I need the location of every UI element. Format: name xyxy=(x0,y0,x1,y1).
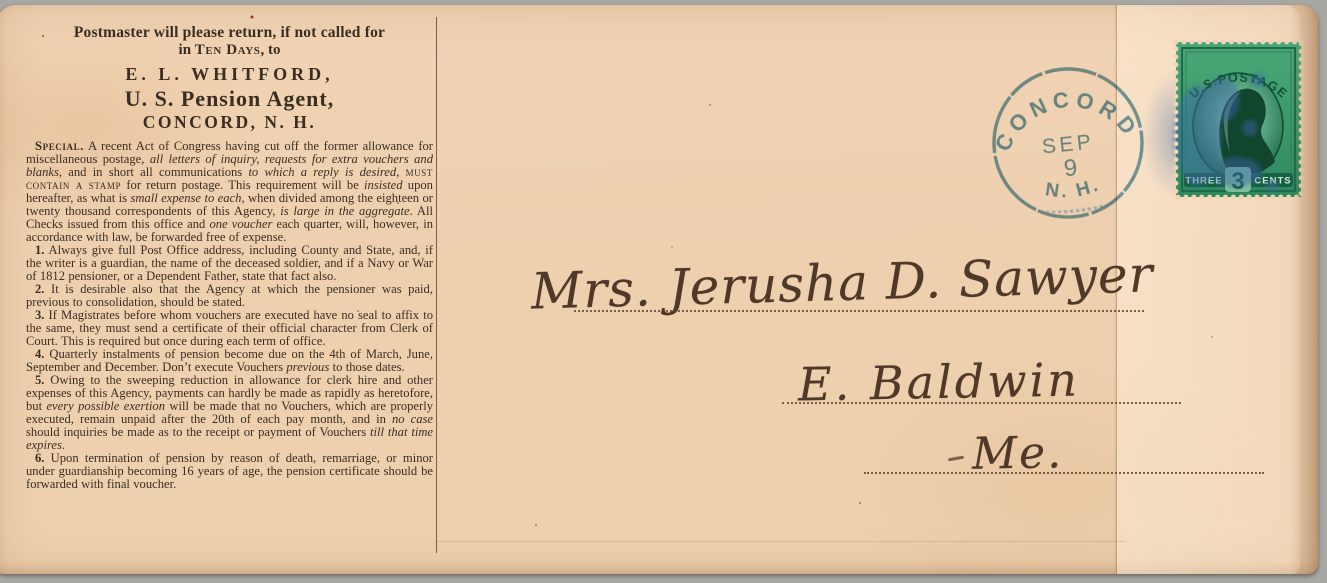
pension-agent-name: E. L. WHITFORD, xyxy=(26,64,433,85)
instruction-item-6: 6. Upon termination of pension by reason… xyxy=(26,452,433,491)
instruction-item-1: 1. Always give full Post Office address,… xyxy=(26,244,433,283)
pension-agent-title: U. S. Pension Agent, xyxy=(26,86,433,112)
postmark-day-text: 9 xyxy=(1063,154,1079,182)
address-town: E. Baldwin xyxy=(798,353,1081,412)
instruction-paragraphs: Special. A recent Act of Congress having… xyxy=(26,140,433,491)
instruction-item-5: 5. Owing to the sweeping reduction in al… xyxy=(26,374,433,452)
envelope-right-edge-shadow xyxy=(1290,5,1318,574)
scanned-envelope-image: Postmaster will please return, if not ca… xyxy=(0,0,1327,583)
ten-days-line: in Ten Days, to xyxy=(26,42,433,59)
pen-dash-mark xyxy=(948,456,964,462)
instruction-item-3: 3. If Magistrates before whom vouchers a… xyxy=(26,309,433,348)
envelope-paper: Postmaster will please return, if not ca… xyxy=(0,5,1318,574)
stamp-svg: U.S.POSTAGE THREE 3 CENTS xyxy=(1172,38,1305,201)
special-notice-paragraph: Special. A recent Act of Congress having… xyxy=(26,140,433,244)
address-state: Me. xyxy=(972,427,1064,480)
instruction-item-2: 2. It is desirable also that the Agency … xyxy=(26,283,433,309)
printed-return-notice-column: Postmaster will please return, if not ca… xyxy=(26,17,437,553)
horizontal-crease xyxy=(436,541,1126,542)
instruction-item-4: 4. Quarterly instalments of pension beco… xyxy=(26,348,433,374)
postage-stamp: U.S.POSTAGE THREE 3 CENTS xyxy=(1172,38,1305,201)
address-rule-3 xyxy=(864,472,1264,474)
pension-agent-city: CONCORD, N. H. xyxy=(26,112,433,133)
postmaster-return-line: Postmaster will please return, if not ca… xyxy=(26,24,433,42)
